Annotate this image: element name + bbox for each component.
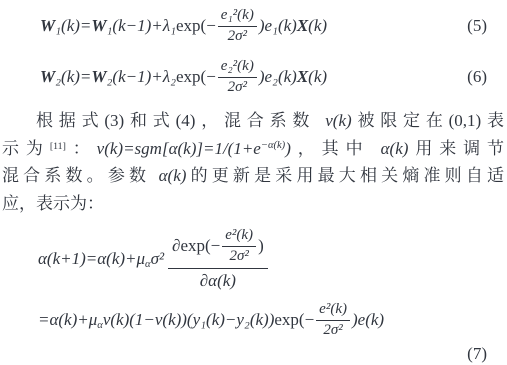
paragraph-line-4: 应，表示为： [2,190,504,218]
text-run: ： [66,139,97,158]
text-run: 混合系数。参数 [2,166,159,185]
body-paragraph: 根据式(3)和式(4)，混合系数 v(k)被限定在(0,1)表 示为[11]：v… [0,107,507,217]
equation-5-left: W₁(k)=W₁(k−1)+λ₁exp(− [40,16,216,36]
text-run: 用来调节 [408,139,504,158]
equation-7-left: α(k+1)=α(k)+μασ² [38,249,164,269]
math-vector-x: X [297,16,308,35]
math-exponent: −α(k) [261,140,285,151]
math-term: ₂(k)= [55,67,91,86]
math-operator-exp: exp(− [176,16,216,35]
outer-fraction: ∂exp(− e²(k) 2σ² ) ∂α(k) [168,227,268,291]
math-term: v(k)(1−v(k))(y₁(k)−y₂(k)) [103,310,275,329]
inline-math: v(k) [325,111,351,130]
equation-6-left: W₂(k)=W₂(k−1)+λ₂exp(− [40,67,216,87]
fraction-denominator: 2σ² [228,78,247,97]
text-run: 根据式(3)和式(4)，混合系数 [36,111,325,130]
fraction-denominator: 2σ² [228,27,247,46]
fraction-numerator: e²(k) [316,301,350,321]
equation-6: W₂(k)=W₂(k−1)+λ₂exp(− e₂²(k) 2σ² )e₂(k)X… [0,54,507,100]
fraction-numerator: e₂²(k) [218,58,257,78]
math-term: ₂(k−1)+λ₂ [107,67,177,86]
text-run: 示为 [2,139,50,158]
math-vector-x: X [297,67,308,86]
math-term: σ² [151,249,164,268]
fraction: e²(k) 2σ² [316,301,350,339]
inline-math: v(k)=sgm[α(k)]=1/(1+e [97,139,261,158]
math-term: )e₁(k) [259,16,297,35]
equation-6-right: )e₂(k)X(k) [259,67,327,87]
math-vector-w: W [40,67,55,86]
paragraph-line-2: 示为[11]：v(k)=sgm[α(k)]=1/(1+e−α(k))，其中 α(… [2,135,504,163]
math-term: (k) [308,67,327,86]
math-term: ₁(k−1)+λ₁ [107,16,177,35]
text-run: ，其中 [291,139,381,158]
equation-number-7-row: (7) [0,344,507,364]
text-run: 应，表示为： [2,194,104,213]
fraction-denominator: 2σ² [229,247,248,266]
inline-math: α(k) [159,166,187,185]
fraction-numerator: e₁²(k) [218,7,257,27]
equation-7-line-2: =α(k)+μαv(k)(1−v(k))(y₁(k)−y₂(k))exp(− e… [0,298,507,342]
paragraph-line-3: 混合系数。参数 α(k)的更新是采用最大相关熵准则自适 [2,162,504,190]
math-operator-exp: exp(− [176,67,216,86]
fraction-numerator: e²(k) [222,227,256,247]
math-term: ₁(k)= [55,16,91,35]
math-subscript-alpha: α [145,259,151,270]
paragraph-line-1: 根据式(3)和式(4)，混合系数 v(k)被限定在(0,1)表 [2,107,504,135]
math-close-paren: ) [258,236,264,256]
fraction-denominator: 2σ² [323,321,342,340]
equation-5-right: )e₁(k)X(k) [259,16,327,36]
math-vector-w: W [91,16,106,35]
text-run: 被限定在(0,1)表 [352,111,504,130]
math-vector-w: W [91,67,106,86]
outer-fraction-numerator: ∂exp(− e²(k) 2σ² ) [168,227,268,269]
fraction: e₂²(k) 2σ² [218,58,257,96]
outer-fraction-denominator: ∂α(k) [200,269,236,291]
equation-number-5: (5) [467,16,487,36]
text-run: 的更新是采用最大相关熵准则自适 [186,166,504,185]
fraction: e₁²(k) 2σ² [218,7,257,45]
citation-superscript: [11] [50,141,66,152]
equation-7-continuation: =α(k)+μαv(k)(1−v(k))(y₁(k)−y₂(k))exp(− [38,310,314,330]
inline-math: α(k) [381,139,409,158]
math-term: )e(k) [352,310,384,329]
paper-page: W₁(k)=W₁(k−1)+λ₁exp(− e₁²(k) 2σ² )e₁(k)X… [0,3,507,365]
math-term: α(k+1)=α(k)+μ [38,249,145,268]
math-term: )e₂(k) [259,67,297,86]
math-operator-exp: exp(− [274,310,314,329]
equation-7-tail: )e(k) [352,310,384,330]
math-partial-exp: ∂exp(− [172,236,220,256]
inner-fraction: e²(k) 2σ² [222,227,256,265]
equation-5: W₁(k)=W₁(k−1)+λ₁exp(− e₁²(k) 2σ² )e₁(k)X… [0,3,507,49]
equation-7-line-1: α(k+1)=α(k)+μασ² ∂exp(− e²(k) 2σ² ) ∂α(k… [0,222,507,296]
math-subscript-alpha: α [97,320,103,331]
equation-number-6: (6) [467,67,487,87]
math-term: (k) [308,16,327,35]
math-term: =α(k)+μ [38,310,97,329]
math-vector-w: W [40,16,55,35]
equation-number-7: (7) [467,344,487,363]
